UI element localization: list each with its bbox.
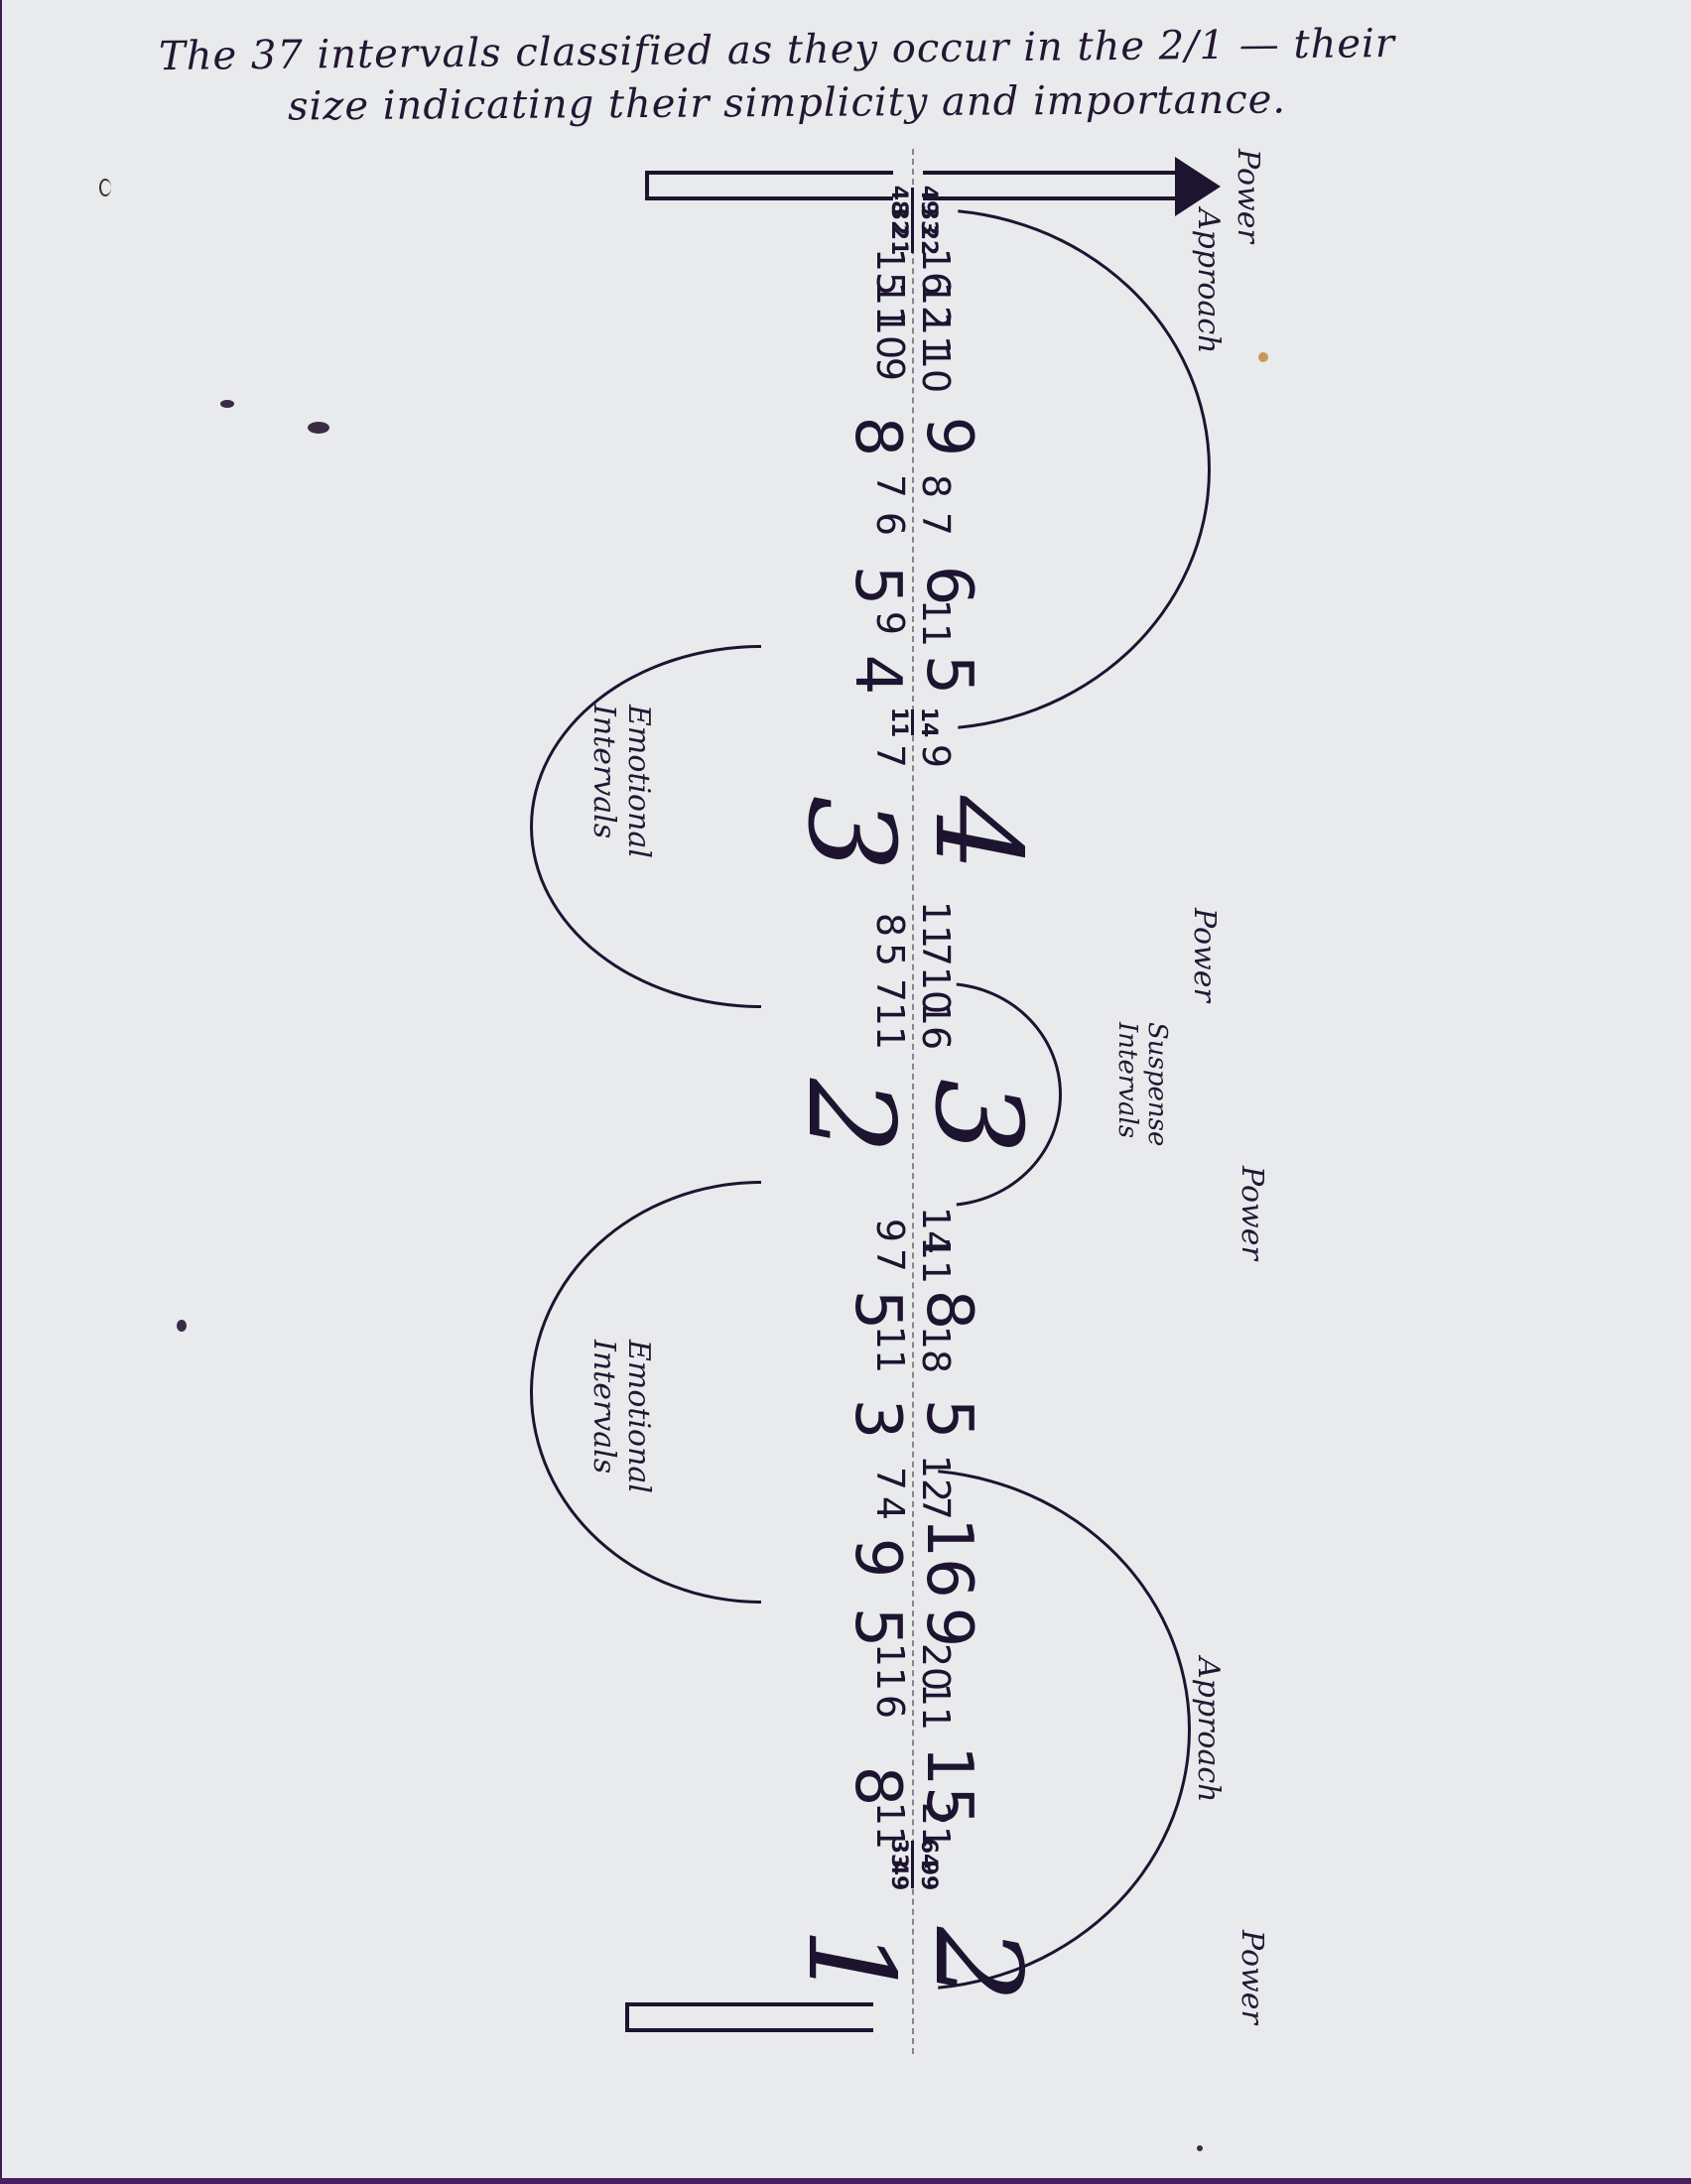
interval-denominator: 7: [871, 474, 909, 498]
interval-numerator: 18: [917, 1326, 955, 1373]
interval-numerator: 10: [917, 345, 955, 393]
interval-denominator: 6: [871, 1695, 909, 1719]
scan-speck: [220, 400, 234, 408]
label-approach-top: Approach: [1191, 208, 1226, 353]
title-line-2: size indicating their simplicity and imp…: [149, 70, 1691, 135]
interval-denominator: 3: [790, 796, 909, 871]
fraction-bar: [911, 1863, 914, 1888]
label-emotional-1: Emotional Intervals: [586, 705, 655, 858]
interval-denominator: 49: [887, 1861, 909, 1891]
interval-denominator: 8: [845, 1766, 909, 1807]
label-power-mid2: Power: [1235, 1166, 1269, 1260]
interval-numerator: 8: [917, 1290, 980, 1331]
interval-numerator: 4: [917, 796, 1036, 871]
interval-denominator: 9: [871, 611, 909, 635]
interval-denominator: 11: [871, 1002, 909, 1050]
interval-denominator: 10: [871, 312, 909, 359]
interval-denominator: 9: [871, 357, 909, 381]
scan-speck: [1197, 2145, 1203, 2151]
interval-numerator: 16: [917, 1517, 980, 1598]
interval-denominator: 8: [845, 417, 909, 457]
interval-denominator: 11: [871, 1326, 909, 1373]
interval-numerator: 7: [917, 943, 955, 966]
interval-numerator: 2: [917, 1927, 1036, 2002]
fraction-bar: [911, 709, 914, 735]
label-power-mid: Power: [1187, 908, 1222, 1002]
interval-denominator: 1: [790, 1927, 909, 2002]
interval-numerator: 3: [917, 1079, 1036, 1154]
interval-numerator: 9: [917, 744, 955, 768]
interval-denominator: 11: [871, 1643, 909, 1691]
interval-numerator: 9: [917, 417, 980, 457]
label-suspense: Suspense Intervals: [1111, 1022, 1171, 1146]
interval-numerator: 8: [917, 474, 955, 498]
label-power-top: Power: [1231, 149, 1265, 243]
interval-numerator: 5: [917, 655, 980, 696]
scan-speck: [308, 422, 329, 434]
interval-denominator: 5: [845, 1607, 909, 1648]
interval-denominator: 2: [790, 1079, 909, 1154]
scan-speck: [177, 1320, 187, 1332]
label-power-bottom: Power: [1235, 1930, 1269, 2024]
interval-numerator: 7: [917, 512, 955, 536]
interval-denominator: 5: [871, 943, 909, 966]
interval-denominator: 7: [871, 978, 909, 1002]
scan-speck: [99, 179, 111, 196]
interval-numerator: 11: [917, 1683, 955, 1731]
interval-numerator: 16: [917, 1002, 955, 1050]
label-emotional-2: Emotional Intervals: [586, 1340, 655, 1493]
interval-denominator: 9: [871, 1219, 909, 1242]
label-approach-bottom: Approach: [1191, 1657, 1226, 1802]
interval-denominator: 5: [845, 1290, 909, 1331]
interval-denominator: 4: [871, 1496, 909, 1520]
interval-denominator: 7: [871, 1467, 909, 1490]
interval-numerator: 9: [917, 1607, 980, 1648]
scan-edge-left: [0, 0, 2, 2184]
interval-diagram: Power Approach Emotional Intervals Power…: [536, 149, 1290, 2054]
interval-numerator: 99: [917, 1861, 939, 1891]
interval-numerator: 11: [917, 599, 955, 647]
interval-denominator: 7: [871, 744, 909, 768]
interval-denominator: 8: [871, 913, 909, 937]
interval-denominator: 5: [845, 566, 909, 606]
interval-denominator: 7: [871, 1248, 909, 1272]
interval-numerator: 11: [917, 1236, 955, 1284]
interval-numerator: 5: [917, 1399, 980, 1440]
interval-denominator: 6: [871, 512, 909, 536]
interval-denominator: 11: [887, 707, 909, 738]
page-title: The 37 intervals classified as they occu…: [149, 22, 1691, 129]
power-bracket-end: [625, 2002, 873, 2032]
interval-denominator: 9: [845, 1538, 909, 1579]
scan-edge-bottom: [0, 2178, 1691, 2184]
interval-denominator: 3: [845, 1399, 909, 1440]
interval-numerator: 14: [917, 707, 939, 738]
interval-denominator: 4: [845, 655, 909, 696]
